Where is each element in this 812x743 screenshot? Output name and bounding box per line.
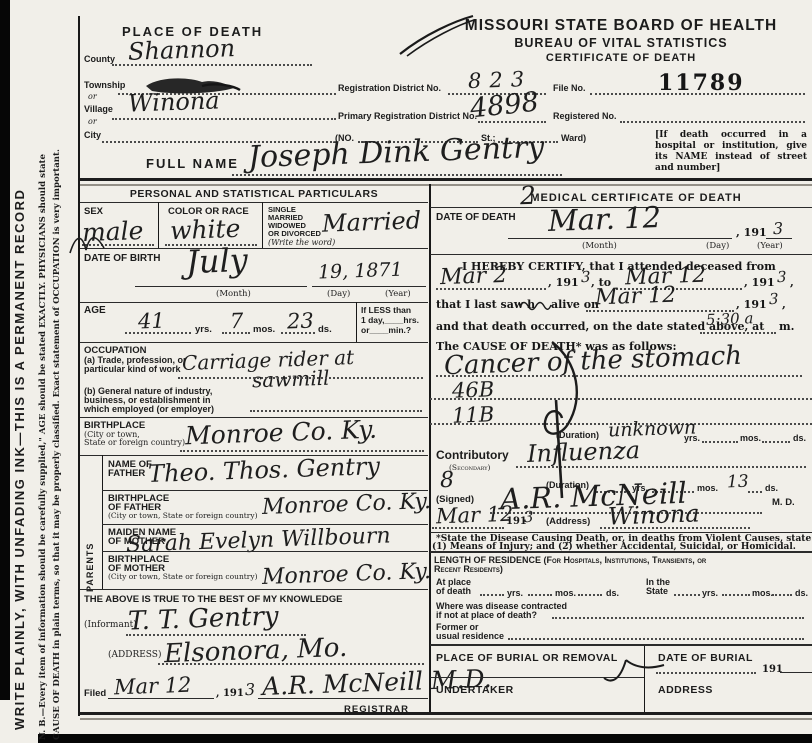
certificate-title: CERTIFICATE OF DEATH [430, 52, 812, 64]
md-caption: M. D. [772, 497, 795, 508]
village-or-label: or [88, 117, 97, 126]
attended-from-year-printed: , 191 [548, 276, 579, 289]
ds-caption: ds. [606, 588, 619, 598]
divider-line [250, 410, 422, 412]
signed-date-value: Mar 12 [436, 504, 514, 528]
color-race-value: white [170, 216, 241, 243]
age-months-value: 7 [230, 311, 244, 332]
hospital-note: [If death occurred in a hospital or inst… [655, 130, 807, 174]
divider-line [80, 342, 428, 343]
death-time-value: 5:30 a [706, 311, 754, 328]
full-name-label: FULL NAME [146, 156, 239, 171]
divider-line [620, 121, 805, 123]
marital-write-word-caption: (Write the word) [268, 238, 335, 247]
occupation-b-label-line3: which employed (or employer) [84, 404, 214, 414]
date-of-birth-day-year-value: 19, 1871 [318, 261, 403, 283]
sex-label: SEX [84, 206, 103, 217]
date-of-burial-label: DATE OF BURIAL [658, 652, 753, 664]
comma: , [790, 276, 794, 289]
ink-check-mark-top [395, 12, 480, 60]
margin-nb-note-line2: CAUSE OF DEATH in plain terms, so that i… [52, 28, 62, 740]
death-certificate-scan: WRITE PLAINLY, WITH UNFADING INK—THIS IS… [0, 0, 812, 743]
duration2-days-value: 13 [727, 474, 749, 492]
cell-divider [262, 202, 263, 248]
ink-scribble-township [142, 72, 242, 98]
age-days-value: 23 [287, 311, 314, 333]
filed-year-hw: 3 [245, 682, 256, 698]
month-caption: (Month) [582, 241, 617, 251]
cell-divider [102, 455, 103, 589]
date-of-death-value: Mar. 12 [548, 203, 662, 236]
document-border [78, 16, 80, 716]
comma: , [782, 298, 786, 311]
margin-permanent-note: WRITE PLAINLY, WITH UNFADING INK—THIS IS… [12, 30, 27, 730]
age-years-value: 41 [138, 311, 165, 333]
occupation-value-line2: sawmill [252, 368, 330, 391]
if-less-line3: or____min.? [361, 325, 411, 335]
divider-line [552, 617, 804, 619]
divider-line [436, 288, 546, 290]
divider-line [508, 638, 804, 640]
registration-district-label: Registration District No. [338, 83, 441, 93]
ds-caption: ds. [318, 324, 332, 335]
personal-section-title: PERSONAL AND STATISTICAL PARTICULARS [80, 188, 428, 200]
divider-line [281, 332, 315, 334]
last-saw-date-value: Mar 12 [595, 285, 677, 310]
divider-line [674, 594, 700, 596]
parents-label: PARENTS [85, 482, 95, 592]
at-place-label-line2: of death [436, 586, 471, 596]
date-of-death-label: DATE OF DEATH [436, 212, 516, 223]
cell-divider [356, 302, 357, 342]
ink-stray-margin-mark [68, 226, 110, 258]
board-title: MISSOURI STATE BOARD OF HEALTH [430, 17, 812, 35]
ink-check-mark-burial [598, 648, 670, 688]
divider-line [766, 238, 792, 239]
column-divider [429, 184, 431, 712]
ink-scribble-last-saw [518, 297, 552, 311]
divider-line [478, 121, 546, 123]
divider-line [80, 202, 428, 203]
bureau-title: BUREAU OF VITAL STATISTICS [430, 36, 812, 50]
year-caption: (Year) [757, 241, 783, 251]
yrs-caption: yrs. [195, 324, 212, 335]
divider-line [158, 663, 424, 665]
section-divider [80, 712, 812, 720]
divider-line [102, 551, 428, 552]
day-caption: (Day) [706, 241, 729, 251]
divider-line [135, 286, 307, 287]
mos-caption: mos. [752, 588, 773, 598]
divider-line [528, 594, 552, 596]
certify-line1: I HEREBY CERTIFY, that I attended deceas… [462, 260, 776, 273]
mos-caption: mos. [740, 433, 761, 443]
divider-line [258, 698, 428, 699]
marital-value: Married [322, 208, 422, 235]
mother-birthplace-caption: (City or town, State or foreign country) [108, 572, 258, 581]
divider-line [232, 174, 562, 176]
divider-line [112, 118, 336, 120]
birthplace-caption-line2: State or foreign country) [84, 438, 185, 447]
filed-label: Filed [84, 688, 106, 699]
informant-value: T. T. Gentry [128, 603, 279, 634]
death-time-suffix: m. [779, 320, 794, 333]
yrs-caption: yrs. [507, 588, 523, 598]
mos-caption: mos. [253, 324, 275, 335]
primary-district-label: Primary Registration District No. [338, 111, 477, 121]
primary-district-value: 4898 [469, 88, 540, 122]
attended-to-year-hw: 3 [777, 270, 787, 285]
contributory-label: Contributory [436, 448, 509, 462]
scan-edge-left [0, 0, 10, 700]
township-or-label: or [88, 92, 97, 101]
signed-year-hw: 3 [524, 510, 534, 525]
city-label: City [84, 130, 101, 140]
filed-year-printed: , 191 [216, 688, 244, 699]
father-name-label-line2: FATHER [108, 468, 145, 479]
county-label: County [84, 54, 115, 64]
township-label: Township [84, 80, 125, 90]
divider-line [430, 254, 812, 255]
divider-line [108, 698, 214, 699]
physician-address-label: (Address) [546, 516, 590, 527]
if-less-line1: If LESS than [361, 305, 411, 315]
ds-caption: ds. [793, 433, 806, 443]
yrs-caption: yrs. [702, 588, 718, 598]
divider-line [430, 551, 812, 553]
ds-caption: ds. [765, 483, 778, 493]
divider-line [702, 441, 738, 443]
year-caption: (Year) [385, 289, 411, 299]
attended-to-year-printed: , 191 [744, 276, 775, 289]
age-label: AGE [84, 305, 106, 316]
physician-address-value: Winona [608, 501, 700, 528]
mos-caption: mos. [697, 483, 718, 493]
divider-line [508, 238, 732, 239]
divider-line [700, 332, 776, 334]
mos-caption: mos. [555, 588, 576, 598]
divider-line [80, 589, 428, 590]
divider-line [178, 377, 423, 379]
mother-birthplace-value: Monroe Co. Ky. [262, 561, 432, 589]
divider-line [430, 398, 812, 400]
divider-line [600, 527, 750, 529]
ward-label: Ward) [561, 133, 586, 143]
ink-stray-8: 8 [440, 470, 455, 492]
cell-divider [158, 202, 159, 248]
last-saw-year-hw: 3 [769, 292, 779, 307]
divider-line [180, 450, 424, 452]
ds-caption: ds. [795, 588, 808, 598]
date-of-death-year-hw: 3 [773, 221, 784, 237]
day-caption: (Day) [327, 289, 350, 299]
village-label: Village [84, 104, 113, 114]
former-residence-label-line2: usual residence [436, 631, 504, 641]
divider-line [430, 532, 812, 533]
father-name-value: Theo. Thos. Gentry [148, 454, 381, 486]
divider-line [578, 594, 602, 596]
informant-address-label: (ADDRESS) [108, 650, 161, 660]
divider-line [762, 441, 790, 443]
yrs-caption: yrs. [684, 433, 700, 443]
divider-line [430, 644, 812, 646]
place-of-burial-label: PLACE OF BURIAL OR REMOVAL [436, 652, 618, 664]
margin-nb-note-line1: N. B.—Every item of information should b… [38, 28, 48, 740]
section-divider [80, 178, 812, 186]
marital-label-4: OR DIVORCED [268, 229, 321, 238]
scan-edge-bottom [38, 734, 812, 743]
full-name-value: Joseph Dink Gentry [248, 133, 545, 173]
divider-line [222, 332, 250, 334]
date-of-birth-month-value: July [185, 244, 248, 278]
secondary-caption: (Secondary) [449, 463, 490, 472]
divider-line [480, 594, 504, 596]
file-no-label: File No. [553, 83, 586, 93]
occupation-a-label-line2: particular kind of work [84, 364, 181, 374]
divider-line [590, 93, 805, 95]
divider-line [80, 248, 428, 249]
if-less-line2: 1 day,____hrs. [361, 315, 419, 325]
divider-line [432, 527, 504, 529]
father-birthplace-caption: (City or town, State or foreign country) [108, 511, 258, 520]
divider-line [748, 491, 762, 493]
divider-line [80, 302, 428, 303]
disease-contracted-label-line2: if not at place of death? [436, 610, 537, 620]
filed-date-value: Mar 12 [114, 675, 192, 699]
divider-line [125, 332, 191, 334]
in-the-label-line2: State [646, 586, 668, 596]
attended-from-value: Mar 2 [440, 265, 508, 289]
ink-flourish-cause [520, 338, 600, 503]
burial-year-printed: 191 [762, 664, 783, 675]
undertaker-label: UNDERTAKER [436, 684, 514, 696]
birthplace-value: Monroe Co. Ky. [185, 417, 378, 449]
date-of-death-year-printed: , 191 [736, 226, 767, 239]
divider-line [772, 594, 792, 596]
father-birthplace-value: Monroe Co. Ky. [262, 491, 432, 519]
month-caption: (Month) [216, 289, 251, 299]
residence-title-line2: Recent Residents) [434, 564, 503, 574]
county-value: Shannon [128, 36, 236, 64]
divider-line [312, 286, 426, 287]
registered-no-label: Registered No. [553, 111, 617, 121]
divider-line [722, 594, 750, 596]
attended-from-year-hw: 3 [581, 270, 591, 285]
divider-line [656, 672, 756, 674]
divider-line [112, 64, 312, 66]
divider-line [780, 672, 812, 673]
